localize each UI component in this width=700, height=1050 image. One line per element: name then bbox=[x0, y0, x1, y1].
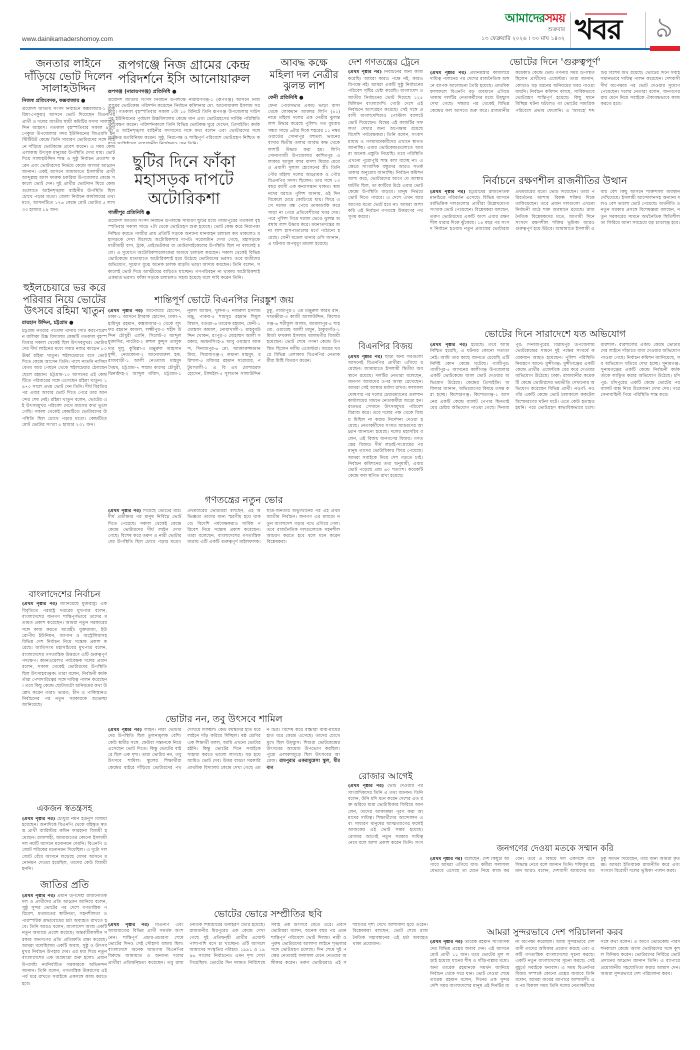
article-rokkhonshil: নির্বাচনে রক্ষণশীল রাজনীতির উত্থান (প্রথ… bbox=[430, 176, 680, 302]
byline: গাজীপুর প্রতিনিধি ● bbox=[108, 210, 260, 218]
headline[interactable]: জাতির প্রতি bbox=[22, 880, 107, 892]
article-ekjon-swotontro: একজন স্বতন্ত্রসহ (প্রথম পৃষ্ঠার পর) চৌধু… bbox=[22, 805, 107, 881]
headline[interactable]: ছুটির দিনে ফাঁকা মহাসড়ক দাপটে অটোরিকশা bbox=[108, 153, 260, 208]
article-body: (প্রথম পৃষ্ঠার পর) দিয়েছে ভোটের মাঠ। দী… bbox=[108, 509, 340, 617]
article-body: (প্রথম পৃষ্ঠার পর) ছাড়া অন্য সবগুলো আসন… bbox=[348, 355, 423, 635]
header-rule bbox=[20, 48, 485, 50]
article-body: ত্রয়োদশ জাতীয় সংসদ নির্বাচনে কক্সবাজার… bbox=[22, 107, 115, 307]
headline[interactable]: ভোটের দিনে 'গুরুত্বপূর্ণ' bbox=[430, 58, 680, 69]
headline[interactable]: আমরা সুন্দরভাবে দেশ পরিচালনা করব bbox=[430, 928, 680, 938]
headline[interactable]: জনতার লাইনে দাঁড়িয়ে ভোট দিলেন সালাহউদ্… bbox=[22, 58, 115, 96]
headline[interactable]: নির্বাচনে রক্ষণশীল রাজনীতির উত্থান bbox=[430, 176, 680, 188]
headline[interactable]: বিএনপির বিজয় bbox=[348, 343, 423, 353]
divider bbox=[645, 12, 646, 48]
article-body: (প্রথম পৃষ্ঠার পর) চৌধুরী নয়ন ইউনুস বিজ… bbox=[22, 817, 107, 881]
article-body: (প্রথম পৃষ্ঠার পর) হয়েছে। তবে আমি নিশ্চ… bbox=[430, 343, 680, 771]
article-body: চট্টগ্রাম নগরীর পতেঙ্গা থানার সিটি করপোর… bbox=[22, 329, 107, 547]
article-ec-anwarul: রূপগঞ্জে নিজ গ্রামের কেন্দ্র পরিদর্শনে ই… bbox=[108, 58, 260, 144]
article-footer: রামপুরার একরামুন্নেসা স্কুল, মীরবাগ bbox=[267, 759, 340, 770]
article-bangladesher-nirbachon: বাংলাদেশের নির্বাচন (প্রথম পৃষ্ঠার পর) জ… bbox=[22, 590, 107, 720]
headline[interactable]: রোজার আগেই bbox=[348, 772, 423, 782]
article-jatir-proti: জাতির প্রতি (প্রথম পৃষ্ঠার পর) প্রধান উপ… bbox=[22, 880, 107, 1042]
header-accent-bar bbox=[650, 46, 680, 51]
continued-marker: (প্রথম পৃষ্ঠার পর) bbox=[22, 602, 57, 607]
continued-marker: (প্রথম পৃষ্ঠার পর) bbox=[348, 70, 382, 75]
article-mohila-dal: আবদ্ধ কক্ষে মহিলা দল নেত্রীর ঝুলন্ত লাশ … bbox=[268, 58, 340, 304]
article-body: (প্রথম পৃষ্ঠার পর) চট্টগ্রামের রাজনৈতিক … bbox=[430, 190, 680, 302]
article-obhijog: ভোটের দিনে সারাদেশে যত অভিযোগ (প্রথম পৃষ… bbox=[430, 330, 680, 771]
article-body: (প্রথম পৃষ্ঠার পর) নির্বাচনের জন্য কাজ ক… bbox=[348, 70, 423, 348]
article-sompritir-chobi: ভোটের ভোরে সম্প্রীতির ছবি (প্রথম পৃষ্ঠার… bbox=[108, 910, 428, 1043]
logo-part-2: সময় bbox=[545, 11, 565, 25]
continued-marker: (প্রথম পৃষ্ঠার পর) bbox=[430, 857, 463, 862]
logo-part-1: আমাদের bbox=[505, 11, 545, 25]
article-bnp-bijoy: বিএনপির বিজয় (প্রথম পৃষ্ঠার পর) ছাড়া অ… bbox=[348, 343, 423, 635]
article-body: (প্রথম পৃষ্ঠার পর) বলেছেন, দেশ কিছুটা আগ… bbox=[430, 857, 680, 891]
article-body: (প্রথম পৃষ্ঠার পর) আনোয়ার হোসেন, ঢাকা-১… bbox=[108, 309, 340, 501]
byline: রায়হান উদ্দিন, চট্টগ্রাম ● bbox=[22, 320, 107, 328]
article-body: ফেনী পৌরসভার একটি ভাড়া বাসা থেকে লোকমান… bbox=[268, 104, 340, 304]
article-notun-bhor: গণতন্ত্রের নতুন ভোর (প্রথম পৃষ্ঠার পর) দ… bbox=[108, 496, 340, 617]
byline: নিজস্ব প্রতিবেদক, কক্সবাজার ● bbox=[22, 98, 115, 106]
continued-marker: (প্রথম পৃষ্ঠার পর) bbox=[430, 940, 463, 945]
header-rule bbox=[485, 48, 650, 50]
article-shantipurno: শান্তিপূর্ণ ভোটে বিএনপির নিরঙ্কুশ জয় (প… bbox=[108, 296, 340, 501]
article-rojar-agei: রোজার আগেই (প্রথম পৃষ্ঠার পর) ভোট দেওয়া… bbox=[348, 772, 423, 844]
continued-marker: (প্রথম পৃষ্ঠার পর) bbox=[108, 923, 149, 928]
headline[interactable]: একজন স্বতন্ত্রসহ bbox=[22, 805, 107, 815]
article-wheelchair: হুইলচেয়ারে ভর করে পরিবার নিয়ে ভোটের উৎ… bbox=[22, 283, 107, 547]
headline[interactable]: দেশ গণতন্ত্রের ট্রেনে bbox=[348, 58, 423, 68]
continued-marker: (প্রথম পৃষ্ঠার পর) bbox=[108, 509, 141, 514]
article-gonotontro-train: দেশ গণতন্ত্রের ট্রেনে (প্রথম পৃষ্ঠার পর)… bbox=[348, 58, 423, 348]
continued-marker: (প্রথম পৃষ্ঠার পর) bbox=[430, 190, 465, 195]
headline[interactable]: শান্তিপূর্ণ ভোটে বিএনপির নিরঙ্কুশ জয় bbox=[108, 296, 340, 307]
headline[interactable]: গণতন্ত্রের নতুন ভোর bbox=[108, 496, 340, 507]
headline[interactable]: জনগণের দেওয়া মতকে সম্মান করি bbox=[430, 845, 680, 855]
article-body: (প্রথম পৃষ্ঠার পর) প্রধান উপদেষ্টা রাজনৈ… bbox=[22, 894, 107, 1042]
continued-marker: (প্রথম পৃষ্ঠার পর) bbox=[108, 728, 142, 733]
article-body: (প্রথম পৃষ্ঠার পর) লাইন। নারী ভোটারদের উ… bbox=[108, 728, 340, 860]
headline[interactable]: ভোটের দিনে সারাদেশে যত অভিযোগ bbox=[430, 330, 680, 341]
article-shommaan-kori: জনগণের দেওয়া মতকে সম্মান করি (প্রথম পৃষ… bbox=[430, 845, 680, 891]
headline[interactable]: আবদ্ধ কক্ষে মহিলা দল নেত্রীর ঝুলন্ত লাশ bbox=[268, 58, 340, 93]
continued-marker: (প্রথম পৃষ্ঠার পর) bbox=[22, 817, 55, 822]
continued-marker: (প্রথম পৃষ্ঠার পর) bbox=[108, 309, 143, 314]
continued-marker: (প্রথম পৃষ্ঠার পর) bbox=[22, 894, 55, 899]
divider bbox=[570, 12, 571, 48]
dateline: ১৩ ফেব্রুয়ারি ২০২৬ । ৩০ মাঘ ১৪৩২ bbox=[0, 36, 565, 44]
article-gurutto: ভোটের দিনে 'গুরুত্বপূর্ণ' (প্রথম পৃষ্ঠার… bbox=[430, 58, 680, 175]
article-body: (প্রথম পৃষ্ঠার পর) প্রধানমন্ত্রীর কার্যা… bbox=[430, 71, 680, 175]
headline[interactable]: বাংলাদেশের নির্বাচন bbox=[22, 590, 107, 600]
article-salahuddin: জনতার লাইনে দাঁড়িয়ে ভোট দিলেন সালাহউদ্… bbox=[22, 58, 115, 307]
headline[interactable]: রূপগঞ্জে নিজ গ্রামের কেন্দ্র পরিদর্শনে ই… bbox=[108, 58, 260, 87]
headline[interactable]: হুইলচেয়ারে ভর করে পরিবার নিয়ে ভোটের উৎ… bbox=[22, 283, 107, 318]
article-body: (প্রথম পৃষ্ঠার পর) জানিয়েছে যুক্তরাষ্ট্… bbox=[22, 602, 107, 720]
byline: রূপগঞ্জ (নারায়ণগঞ্জ) প্রতিনিধি ● bbox=[108, 89, 260, 97]
headline[interactable]: ভোটের ভোরে সম্প্রীতির ছবি bbox=[108, 910, 428, 921]
article-sundorbhabe: আমরা সুন্দরভাবে দেশ পরিচালনা করব (প্রথম … bbox=[430, 928, 680, 1040]
day-name: শুক্রবার bbox=[0, 27, 565, 35]
article-body: (প্রথম পৃষ্ঠার পর) ভোট দেওয়ার পর সাংবাদ… bbox=[348, 784, 423, 844]
article-body: (প্রথম পৃষ্ঠার পর) বিএনপি এবং জামায়াতের… bbox=[108, 923, 428, 1043]
article-body: ত্রয়োদশ জাতীয় সংসদ নির্বাচন উপলক্ষে না… bbox=[108, 98, 260, 144]
byline: ফেনী প্রতিনিধি ● bbox=[268, 95, 340, 103]
headline[interactable]: ভোটার নন, তবু উৎসবে শামিল bbox=[108, 715, 340, 726]
continued-marker: (প্রথম পৃষ্ঠার পর) bbox=[348, 784, 384, 789]
article-voter-non: ভোটার নন, তবু উৎসবে শামিল (প্রথম পৃষ্ঠার… bbox=[108, 715, 340, 860]
continued-marker: (প্রথম পৃষ্ঠার পর) bbox=[430, 343, 467, 348]
article-autorickshaw: ছুটির দিনে ফাঁকা মহাসড়ক দাপটে অটোরিকশা … bbox=[108, 153, 260, 317]
continued-marker: (প্রথম পৃষ্ঠার পর) bbox=[348, 355, 382, 360]
masthead: www.dainikamadershomoy.com আমাদেরসময় শু… bbox=[0, 0, 700, 52]
continued-marker: (প্রথম পৃষ্ঠার পর) bbox=[430, 71, 466, 76]
article-body: (প্রথম পৃষ্ঠার পর) তারেক রহমান সাংবাদিকদ… bbox=[430, 940, 680, 1040]
